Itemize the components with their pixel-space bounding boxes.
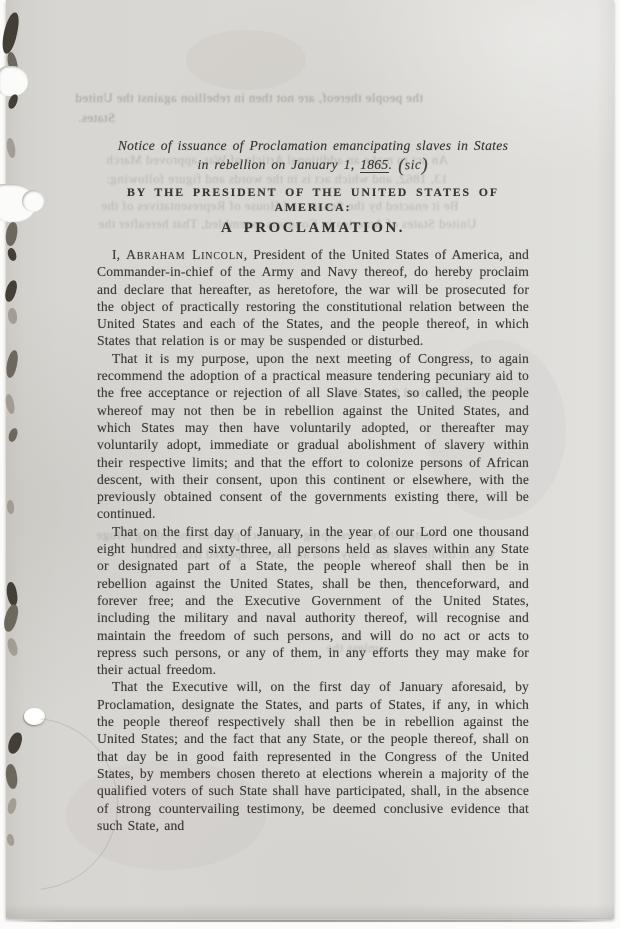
title-line2-prefix: in rebellion on January 1,: [198, 157, 361, 172]
torn-edge-mark: [3, 279, 18, 303]
paper-stain: [186, 30, 306, 90]
proclamation-heading: A PROCLAMATION.: [97, 220, 529, 237]
torn-edge-mark: [2, 603, 20, 633]
torn-edge-mark: [6, 731, 24, 756]
doc-title-line2: in rebellion on January 1, 1865.(sic): [97, 155, 529, 174]
torn-edge-mark: [6, 247, 18, 262]
para1-lincoln-name: Abraham Lincoln: [126, 247, 244, 262]
torn-edge-mark: [5, 137, 16, 158]
document-page: the people thereof, are not then in rebe…: [6, 0, 614, 918]
ghost-text-line: States.: [78, 110, 115, 126]
paragraph-2: That it is my purpose, upon the next mee…: [97, 350, 529, 523]
para1-lead: I,: [112, 247, 126, 262]
torn-edge-mark: [6, 637, 20, 657]
torn-edge-mark: [0, 11, 21, 55]
torn-edge-mark: [6, 833, 16, 846]
paragraph-4: That the Executive will, on the first da…: [97, 678, 529, 834]
torn-edge-mark: [4, 393, 16, 414]
torn-edge-mark: [4, 221, 18, 246]
body-text: I, Abraham Lincoln, President of the Uni…: [97, 246, 529, 834]
torn-edge-mark: [6, 500, 14, 515]
torn-edge-mark: [7, 427, 19, 443]
ghost-text-line: the people thereof, are not then in rebe…: [75, 90, 423, 106]
paragraph-3: That on the first day of January, in the…: [97, 523, 529, 679]
torn-edge-mark: [5, 581, 19, 606]
paragraph-1: I, Abraham Lincoln, President of the Uni…: [97, 246, 529, 350]
page-bottom-shadow: [10, 920, 616, 922]
torn-edge-mark: [7, 307, 18, 324]
torn-notch: [0, 66, 28, 96]
para1-rest: , President of the United States of Amer…: [97, 247, 529, 348]
byline: BY THE PRESIDENT OF THE UNITED STATES OF…: [97, 185, 529, 215]
document-content: Notice of issuance of Proclamation emanc…: [97, 136, 529, 834]
title-period: .: [389, 157, 393, 172]
sic-annotation: (sic): [398, 154, 429, 174]
sic-text: sic: [405, 157, 422, 173]
torn-notch: [22, 190, 44, 212]
torn-edge-mark: [6, 797, 17, 814]
torn-edge-mark: [4, 763, 19, 789]
year-underlined: 1865: [360, 157, 388, 173]
sic-close-paren: ): [421, 154, 429, 175]
torn-edge-mark: [5, 349, 20, 378]
scanned-document-screenshot: the people thereof, are not then in rebe…: [0, 0, 620, 929]
doc-title-line1: Notice of issuance of Proclamation emanc…: [97, 136, 529, 155]
